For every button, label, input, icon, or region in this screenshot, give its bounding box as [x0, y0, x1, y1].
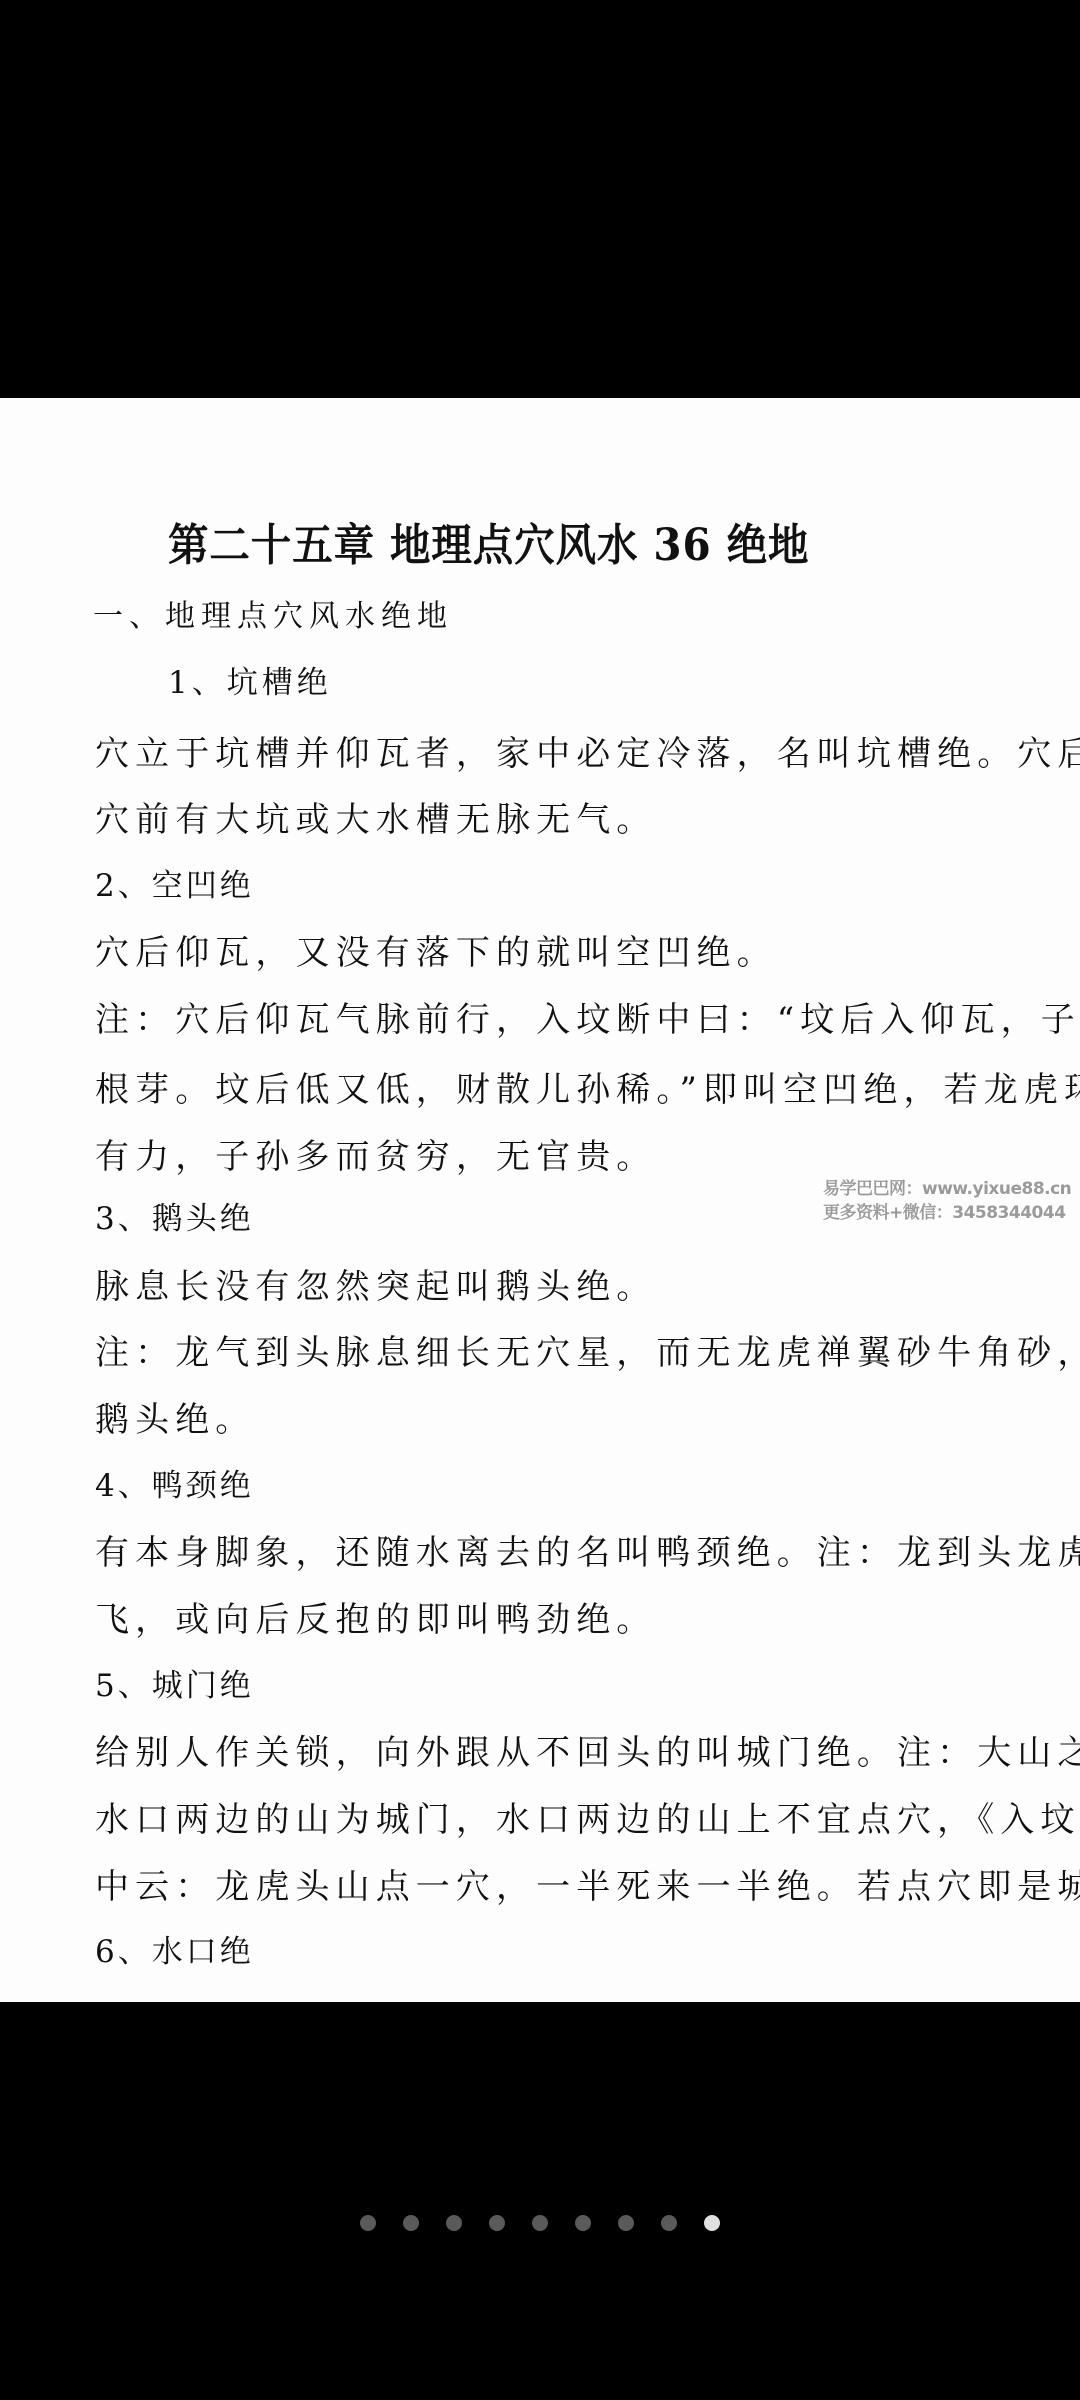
item-heading-3: 3、鹅头绝: [95, 1204, 254, 1235]
note-line: 鹅头绝。: [95, 1403, 255, 1437]
note-line: 根芽。坟后低又低，财散儿孙稀。”即叫空凹绝，若龙虎环抱: [95, 1073, 1080, 1107]
note-line: 有力，子孙多而贫穷，无官贵。: [95, 1140, 656, 1174]
body-line: 穴前有大坑或大水槽无脉无气。: [95, 803, 656, 837]
body-line: 穴立于坑槽并仰瓦者，家中必定冷落，名叫坑槽绝。穴后仰瓦，: [95, 737, 1080, 771]
watermark-line-1: 易学巴巴网：www.yixue88.cn: [823, 1177, 1071, 1201]
page-dot-5[interactable]: [532, 2215, 548, 2231]
body-line: 水口两边的山为城门，水口两边的山上不宜点穴，《入坟断》: [95, 1803, 1080, 1837]
note-line: 注：龙气到头脉息细长无穴星，而无龙虎禅翼砂牛角砂，即叫: [95, 1336, 1080, 1370]
top-letterbox: [0, 0, 1080, 398]
document-page: 第二十五章 地理点穴风水 36 绝地 一、地理点穴风水绝地 1、坑槽绝 穴立于坑…: [0, 398, 1080, 2002]
page-dot-7[interactable]: [618, 2215, 634, 2231]
body-line: 脉息长没有忽然突起叫鹅头绝。: [95, 1270, 656, 1304]
item-heading-5: 5、城门绝: [95, 1671, 254, 1702]
item-heading-2: 2、空凹绝: [95, 871, 254, 902]
page-indicator: [360, 2215, 720, 2231]
page-dot-3[interactable]: [446, 2215, 462, 2231]
page-dot-2[interactable]: [403, 2215, 419, 2231]
item-heading-4: 4、鸭颈绝: [95, 1471, 254, 1502]
bottom-letterbox: [0, 2002, 1080, 2400]
item-heading-1: 1、坑槽绝: [168, 668, 332, 699]
page-dot-8[interactable]: [661, 2215, 677, 2231]
body-line: 中云：龙虎头山点一穴，一半死来一半绝。若点穴即是城门绝。: [95, 1870, 1080, 1904]
body-line: 穴后仰瓦，又没有落下的就叫空凹绝。: [95, 936, 777, 970]
watermark-line-2: 更多资料+微信：3458344044: [823, 1201, 1071, 1225]
item-heading-6: 6、水口绝: [95, 1937, 254, 1968]
body-line: 有本身脚象，还随水离去的名叫鸭颈绝。注：龙到头龙虎砂斜: [95, 1536, 1080, 1570]
note-line: 注：穴后仰瓦气脉前行，入坟断中曰：“坟后入仰瓦，子孙无: [95, 1003, 1080, 1037]
body-line: 给别人作关锁，向外跟从不回头的叫城门绝。注：大山之中，: [95, 1736, 1080, 1770]
page-dot-1[interactable]: [360, 2215, 376, 2231]
page-dot-9-active[interactable]: [704, 2215, 720, 2231]
chapter-title: 第二十五章 地理点穴风水 36 绝地: [168, 524, 809, 568]
page-dot-6[interactable]: [575, 2215, 591, 2231]
watermark: 易学巴巴网：www.yixue88.cn 更多资料+微信：3458344044: [823, 1177, 1071, 1225]
section-heading: 一、地理点穴风水绝地: [93, 602, 453, 632]
body-line: 飞，或向后反抱的即叫鸭劲绝。: [95, 1603, 656, 1637]
page-dot-4[interactable]: [489, 2215, 505, 2231]
